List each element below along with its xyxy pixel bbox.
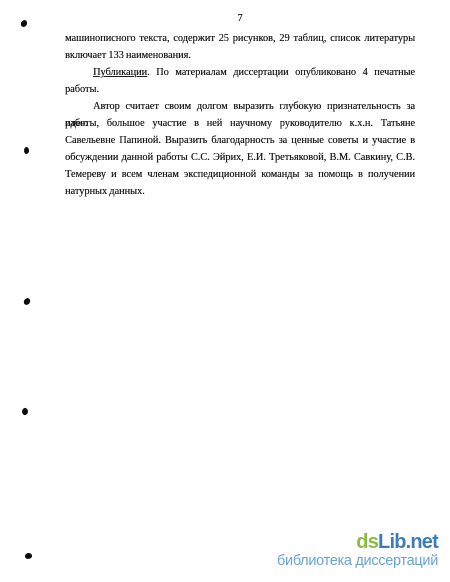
ink-speck [23,297,31,306]
text-line: работы. [65,81,415,98]
ink-speck [21,407,29,415]
dslib-logo-wordmark: dsLib.net [277,531,438,554]
text-line: работы, большое участие в ней научному р… [65,115,415,132]
ink-speck [20,19,28,27]
ink-speck [24,147,30,155]
document-text: машинописного текста, содержит 25 рисунк… [65,30,415,200]
underlined-term: Публикации [93,67,147,78]
dslib-logo: dsLib.net библиотека диссертаций [277,531,438,570]
page-number: 7 [65,13,415,24]
scanned-document-page: 7 машинописного текста, содержит 25 рису… [0,0,450,582]
logo-text-libnet: Lib.net [378,531,438,553]
text-line: машинописного текста, содержит 25 рисунк… [65,30,415,47]
text-line: включает 133 наименования. [65,47,415,64]
logo-text-ds: ds [356,531,378,553]
text-line: Савельевне Папиной. Выразить благодарнос… [65,132,415,149]
text-line: натурных данных. [65,183,415,200]
text-line: Публикации. По материалам диссертации оп… [65,64,415,81]
text-line-rest: . По материалам диссертации опубликовано… [147,67,415,78]
logo-tagline: библиотека диссертаций [277,553,438,570]
text-line: Темереву и всем членам экспедиционной ко… [65,166,415,183]
ink-speck [25,553,33,560]
text-line: Автор считает своим долгом выразить глуб… [65,98,415,115]
text-line: обсуждении данной работы С.С. Эйрих, Е.И… [65,149,415,166]
